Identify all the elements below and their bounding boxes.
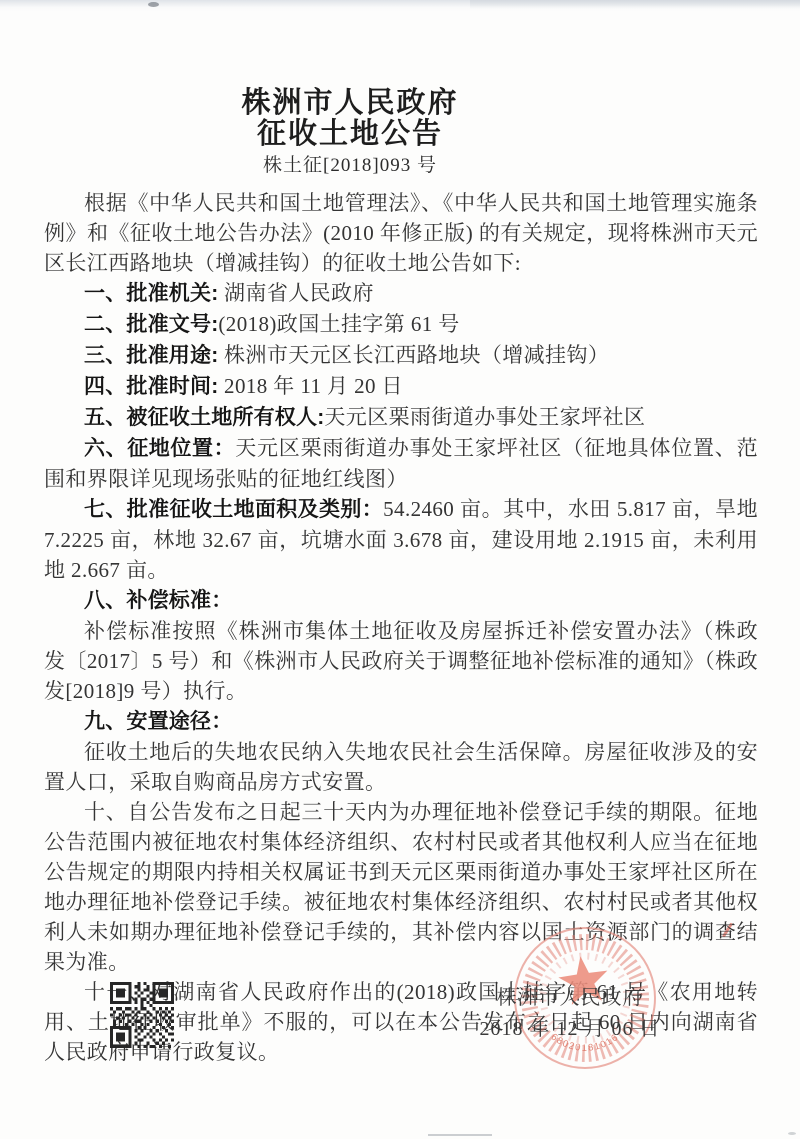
compensation-paragraph: 补偿标准按照《株洲市集体土地征收及房屋拆迁补偿安置办法》（株政发〔2017〕5 …	[44, 616, 758, 706]
item-label: 三、批准用途:	[84, 344, 218, 367]
scan-edge-artifact-top-right	[470, 0, 800, 9]
item-label: 九、安置途径：	[84, 710, 232, 733]
qr-code	[110, 982, 174, 1048]
signature-date: 2018 年 12 月 06 日	[455, 1014, 685, 1045]
item-label: 一、批准机关:	[84, 282, 218, 305]
scanned-document-page: 株洲市人民政府 征收土地公告 株土征[2018]093 号 根据《中华人民共和国…	[0, 0, 800, 1139]
signature-org: 株洲市人民政府	[455, 983, 685, 1014]
item-approval-date: 四、批准时间: 2018 年 11 月 20 日	[44, 371, 758, 402]
item-label: 六、征地位置：	[84, 437, 235, 460]
scan-edge-artifact-bottom	[428, 1134, 492, 1136]
item-label: 五、被征收土地所有权人:	[84, 406, 324, 429]
item-label: 二、批准文号:	[84, 313, 218, 336]
item-value: 天元区栗雨街道办事处王家坪社区	[324, 405, 645, 429]
qr-modules	[110, 982, 174, 1048]
document-header: 株洲市人民政府 征收土地公告 株土征[2018]093 号	[44, 88, 656, 180]
resettlement-heading: 九、安置途径：	[44, 706, 758, 737]
item-value: 2018 年 11 月 20 日	[218, 374, 403, 398]
document-content: 株洲市人民政府 征收土地公告 株土征[2018]093 号 根据《中华人民共和国…	[44, 88, 758, 1067]
item-land-area: 七、批准征收土地面积及类别：54.2460 亩。其中，水田 5.817 亩，旱地…	[44, 494, 758, 585]
resettlement-paragraph: 征收土地后的失地农民纳入失地农民社会生活保障。房屋征收涉及的安置人口，采取自购商…	[44, 737, 758, 797]
item-approval-doc-number: 二、批准文号:(2018)政国土挂字第 61 号	[44, 309, 758, 340]
item-approving-authority: 一、批准机关: 湖南省人民政府	[44, 278, 758, 309]
item-label: 八、补偿标准：	[84, 589, 232, 612]
doc-title: 征收土地公告	[44, 119, 656, 150]
scan-dot-artifact	[788, 1132, 796, 1135]
item-landowner: 五、被征收土地所有权人:天元区栗雨街道办事处王家坪社区	[44, 402, 758, 433]
item-value: (2018)政国土挂字第 61 号	[218, 312, 459, 336]
item-compensation-standard-heading: 八、补偿标准：	[44, 585, 758, 616]
intro-paragraph: 根据《中华人民共和国土地管理法》、《中华人民共和国土地管理实施条例》和《征收土地…	[44, 188, 758, 278]
doc-number: 株土征[2018]093 号	[44, 152, 656, 180]
scan-speck	[148, 2, 159, 7]
item-land-location: 六、征地位置：天元区栗雨街道办事处王家坪社区（征地具体位置、范围和界限详见现场张…	[44, 433, 758, 494]
org-title: 株洲市人民政府	[44, 88, 656, 119]
item-approved-use: 三、批准用途: 株洲市天元区长江西路地块（增减挂钩）	[44, 340, 758, 371]
item-value: 株洲市天元区长江西路地块（增减挂钩）	[218, 343, 609, 367]
item-label: 七、批准征收土地面积及类别：	[84, 498, 383, 521]
signature-block: 株洲市人民政府 2018 年 12 月 06 日	[455, 983, 685, 1045]
item-value: 湖南省人民政府	[218, 281, 373, 305]
item-label: 四、批准时间:	[84, 375, 218, 398]
